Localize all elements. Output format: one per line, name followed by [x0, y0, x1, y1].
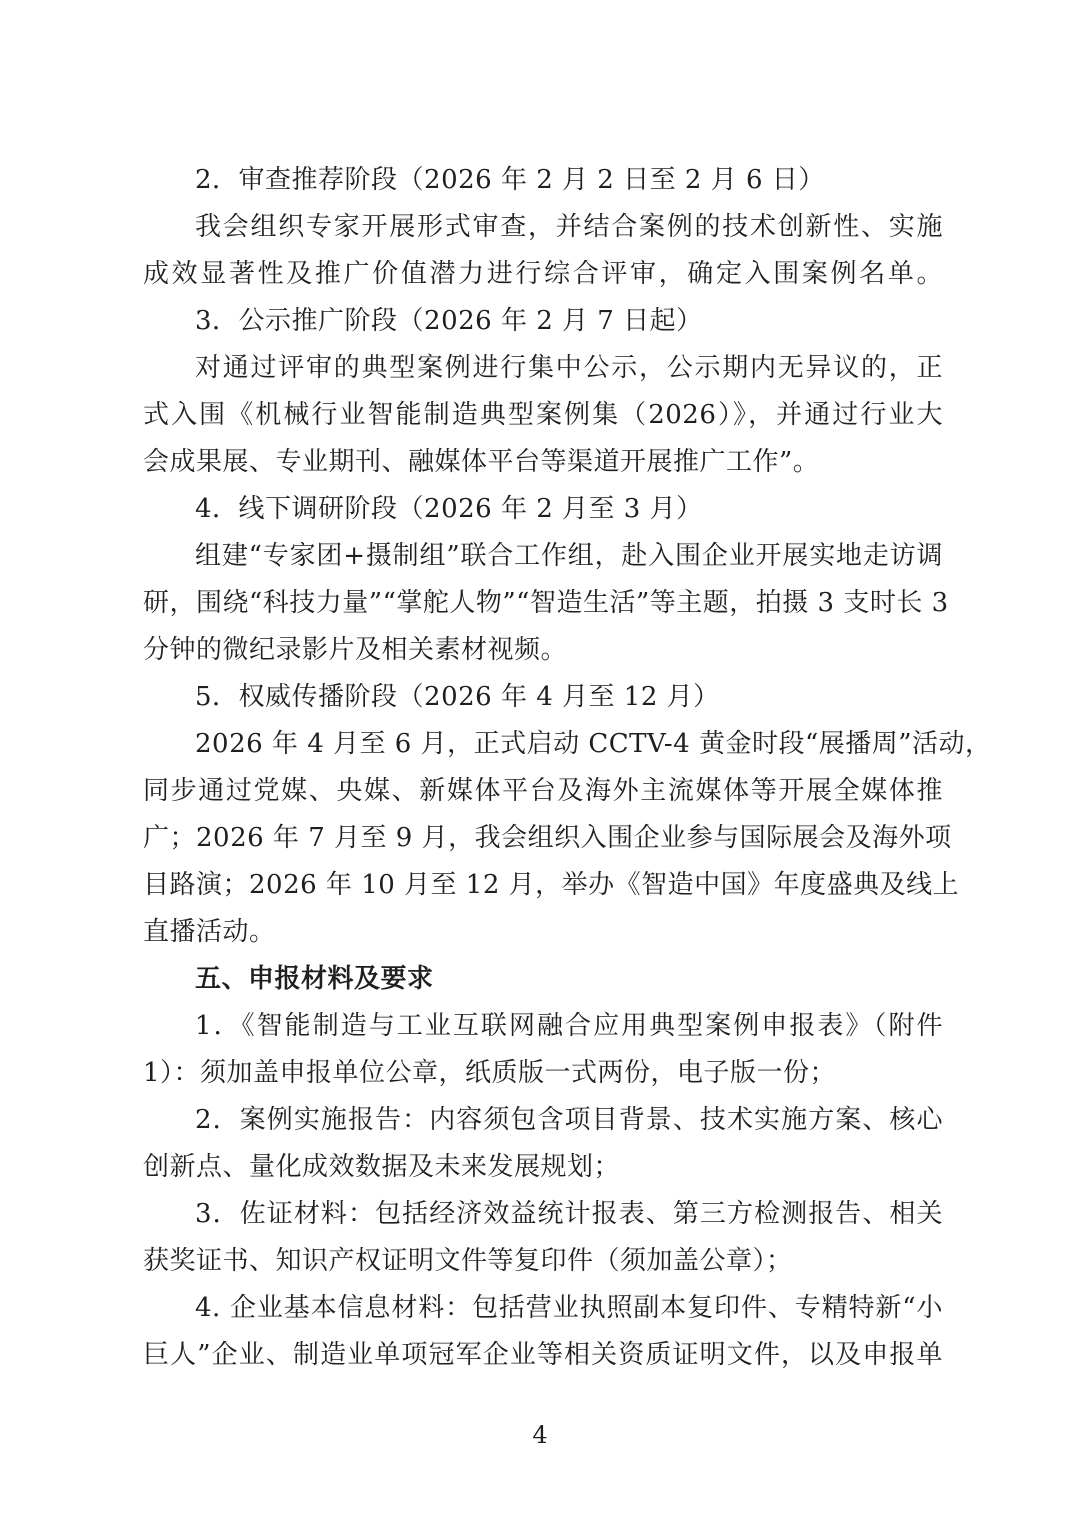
paragraph-line: 广；2026 年 7 月至 9 月，我会组织入围企业参与国际展会及海外项 — [143, 815, 943, 862]
paragraph-line: 3．佐证材料：包括经济效益统计报表、第三方检测报告、相关 — [143, 1191, 943, 1238]
paragraph-line: 2026 年 4 月至 6 月，正式启动 CCTV-4 黄金时段“展播周”活动， — [143, 721, 943, 768]
paragraph-line: 直播活动。 — [143, 909, 943, 956]
section-heading: 五、申报材料及要求 — [143, 956, 943, 1003]
paragraph-line: 3．公示推广阶段（2026 年 2 月 7 日起） — [143, 298, 943, 345]
paragraph-line: 目路演；2026 年 10 月至 12 月，举办《智造中国》年度盛典及线上 — [143, 862, 943, 909]
paragraph-line: 会成果展、专业期刊、融媒体平台等渠道开展推广工作”。 — [143, 439, 943, 486]
paragraph-line: 我会组织专家开展形式审查，并结合案例的技术创新性、实施 — [143, 204, 943, 251]
paragraph-line: 4. 企业基本信息材料：包括营业执照副本复印件、专精特新“小 — [143, 1285, 943, 1332]
page-number: 4 — [0, 1412, 1080, 1459]
paragraph-line: 1．《智能制造与工业互联网融合应用典型案例申报表》（附件 — [143, 1003, 943, 1050]
paragraph-line: 2．审查推荐阶段（2026 年 2 月 2 日至 2 月 6 日） — [143, 157, 943, 204]
paragraph-line: 2．案例实施报告：内容须包含项目背景、技术实施方案、核心 — [143, 1097, 943, 1144]
paragraph-line: 对通过评审的典型案例进行集中公示，公示期内无异议的，正 — [143, 345, 943, 392]
paragraph-line: 4．线下调研阶段（2026 年 2 月至 3 月） — [143, 486, 943, 533]
paragraph-line: 式入围《机械行业智能制造典型案例集（2026）》，并通过行业大 — [143, 392, 943, 439]
paragraph-line: 获奖证书、知识产权证明文件等复印件（须加盖公章）； — [143, 1238, 943, 1285]
paragraph-line: 同步通过党媒、央媒、新媒体平台及海外主流媒体等开展全媒体推 — [143, 768, 943, 815]
document-body: 2．审查推荐阶段（2026 年 2 月 2 日至 2 月 6 日）我会组织专家开… — [143, 157, 943, 1379]
paragraph-line: 成效显著性及推广价值潜力进行综合评审，确定入围案例名单。 — [143, 251, 943, 298]
paragraph-line: 创新点、量化成效数据及未来发展规划； — [143, 1144, 943, 1191]
paragraph-line: 巨人”企业、制造业单项冠军企业等相关资质证明文件，以及申报单 — [143, 1332, 943, 1379]
paragraph-line: 分钟的微纪录影片及相关素材视频。 — [143, 627, 943, 674]
paragraph-line: 5．权威传播阶段（2026 年 4 月至 12 月） — [143, 674, 943, 721]
document-page: 2．审查推荐阶段（2026 年 2 月 2 日至 2 月 6 日）我会组织专家开… — [0, 0, 1080, 1527]
paragraph-line: 组建“专家团+摄制组”联合工作组，赴入围企业开展实地走访调 — [143, 533, 943, 580]
paragraph-line: 研，围绕“科技力量”“掌舵人物”“智造生活”等主题，拍摄 3 支时长 3 — [143, 580, 943, 627]
paragraph-line: 1）：须加盖申报单位公章，纸质版一式两份，电子版一份； — [143, 1050, 943, 1097]
